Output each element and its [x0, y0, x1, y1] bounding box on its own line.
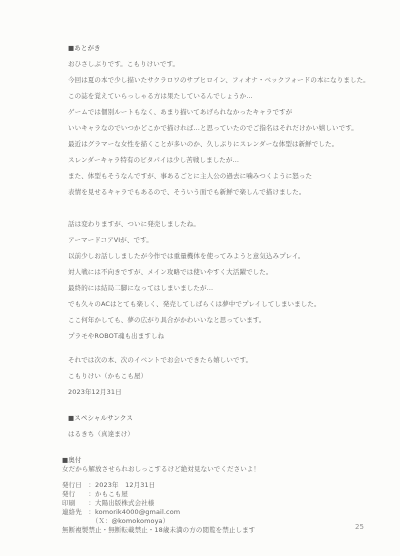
afterword-line: 最近はグラマーな女性を描くことが多いのか、久しぶりにスレンダーな体型は新鮮でした… — [68, 136, 370, 152]
afterword-line: 最終的には結局二脚になってはしまいましたが… — [68, 280, 370, 296]
special-thanks-heading: ■スペシャルサンクス — [68, 410, 134, 426]
afterword-line: プラモやROBOT魂も出ますしね — [68, 328, 370, 344]
page-number: 25 — [355, 523, 364, 531]
afterword-line: また、体型もそうなんですが、事あるごとに主人公の過去に噛みつくように怒った — [68, 168, 370, 184]
afterword-paragraph-2: 話は変わりますが、ついに発売しましたね。 アーマードコアVIが、です。 以前少し… — [68, 216, 370, 344]
afterword-line: それでは次の本、次のイベントでお会いできたら嬉しいです。 — [68, 352, 370, 368]
afterword-line: でも久々のACはとても楽しく、発売してしばらくは夢中でプレイしてしまいました。 — [68, 296, 370, 312]
afterword-line: おひさしぶりです。こもりけいです。 — [68, 56, 370, 72]
afterword-line: 今回は夏の本で少し描いたサクラロワのサブヒロイン、フィオナ・ベックフォードの本に… — [68, 72, 370, 88]
afterword-line: スレンダーキャラ特有のピタパイは少し苦戦しましたが… — [68, 152, 370, 168]
afterword-line: 話は変わりますが、ついに発売しましたね。 — [68, 216, 370, 232]
colophon-heading: ■奥付 — [62, 456, 260, 465]
book-title: 女だから解放させられおしっこするけど絶対見ないでくださいよ！ — [62, 465, 260, 474]
afterword-section: ■あとがき おひさしぶりです。こもりけいです。 今回は夏の本で少し描いたサクラロ… — [68, 40, 370, 400]
afterword-line: 以前少しお話ししましたが今作では重量機体を使ってみようと意気込みプレイ。 — [68, 248, 370, 264]
colophon-row-printer: 印刷 ：大陽出版株式会社様 — [62, 499, 260, 508]
afterword-line: 対人戦には不向きですが、メイン攻略では使いやすく大活躍でした。 — [68, 264, 370, 280]
afterword-line: 表情を見せるキャラでもあるので、そういう面でも新鮮で楽しんで描けました。 — [68, 184, 370, 200]
afterword-paragraph-1: おひさしぶりです。こもりけいです。 今回は夏の本で少し描いたサクラロワのサブヒロ… — [68, 56, 370, 200]
author-signature: こもりけい（かもこも屋） — [68, 368, 370, 384]
afterword-line: ゲームでは個別ルートもなく、あまり描いてあげられなかったキャラですが — [68, 104, 370, 120]
scanned-afterword-page: ■あとがき おひさしぶりです。こもりけいです。 今回は夏の本で少し描いたサクラロ… — [0, 0, 400, 556]
colophon-row-contact-email: 連絡先 ：komorik4000@gmail.com — [62, 508, 260, 517]
afterword-heading: ■あとがき — [68, 40, 370, 56]
special-thanks-name: はるきち（真達まけ） — [68, 426, 134, 442]
afterword-line: この誌を覚えていらっしゃる方は果たしているんでしょうか… — [68, 88, 370, 104]
special-thanks-section: ■スペシャルサンクス はるきち（真達まけ） — [68, 410, 134, 442]
colophon-row-publish-date: 発行日 ：2023年 12月31日 — [62, 481, 260, 490]
colophon-row-publisher: 発行 ：かもこも屋 — [62, 490, 260, 499]
afterword-line: いいキャラなのでいつかどこかで描ければ…と思っていたのでご指名はそれだけかい嬉し… — [68, 120, 370, 136]
afterword-line: アーマードコアVIが、です。 — [68, 232, 370, 248]
colophon-rows: 発行日 ：2023年 12月31日 発行 ：かもこも屋 印刷 ：大陽出版株式会社… — [62, 481, 260, 526]
afterword-closing: それでは次の本、次のイベントでお会いできたら嬉しいです。 こもりけい（かもこも屋… — [68, 352, 370, 400]
afterword-date: 2023年12月31日 — [68, 384, 370, 400]
afterword-line: ここ何年かしても、夢の広がり具合がかわいいなと思っています。 — [68, 312, 370, 328]
copyright-notice: 無断複製禁止・無断転載禁止・18歳未満の方の閲覧を禁止します — [62, 526, 260, 535]
colophon-section: ■奥付 女だから解放させられおしっこするけど絶対見ないでくださいよ！ 発行日 ：… — [62, 456, 260, 535]
colophon-row-contact-x: （Ｘ：@komokomoya） — [62, 517, 260, 526]
